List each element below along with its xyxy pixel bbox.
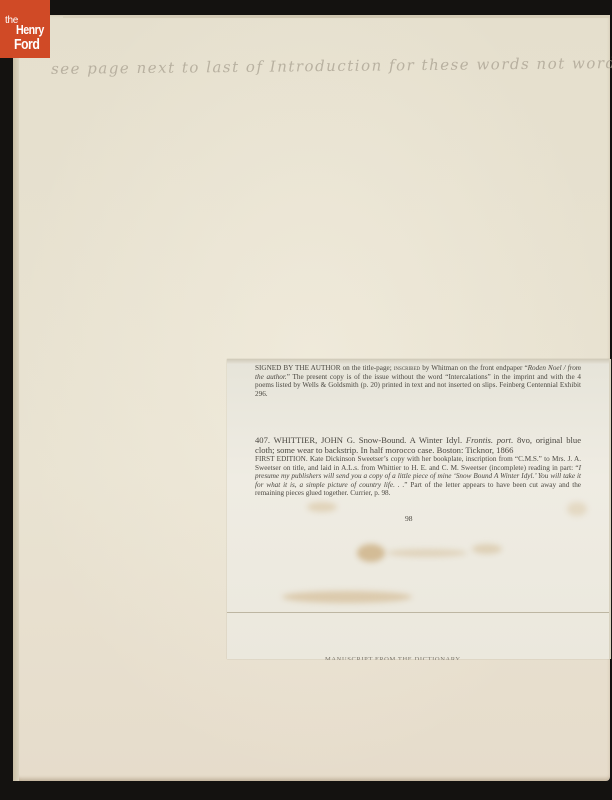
lot-407-heading: 407. WHITTIER, JOHN G. Snow-Bound. A Win…: [255, 435, 581, 455]
page-number: 98: [405, 514, 413, 523]
stain: [472, 544, 502, 554]
lot-407-paragraph: 407. WHITTIER, JOHN G. Snow-Bound. A Win…: [255, 435, 581, 498]
catalog-clipping: SIGNED BY THE AUTHOR on the title-page; …: [227, 359, 611, 659]
stain: [282, 591, 412, 603]
page-top-edge: [63, 15, 610, 18]
para1-lead: SIGNED BY THE AUTHOR: [255, 364, 341, 372]
album-page: see page next to last of Introduction fo…: [13, 15, 610, 781]
fold-line: [227, 612, 609, 613]
first-edition-label: FIRST EDITION.: [255, 455, 308, 463]
running-head: MANUSCRIPT FROM THE DICTIONARY: [325, 655, 461, 660]
stain: [357, 544, 385, 562]
pencil-annotation: see page next to last of Introduction fo…: [51, 54, 611, 78]
stain: [387, 549, 467, 557]
stain: [567, 502, 587, 516]
page-left-edge: [13, 15, 19, 781]
signed-by-author-paragraph: SIGNED BY THE AUTHOR on the title-page; …: [255, 364, 581, 398]
henry-ford-logo: the Henry Ford: [0, 0, 50, 58]
stain: [307, 502, 337, 512]
